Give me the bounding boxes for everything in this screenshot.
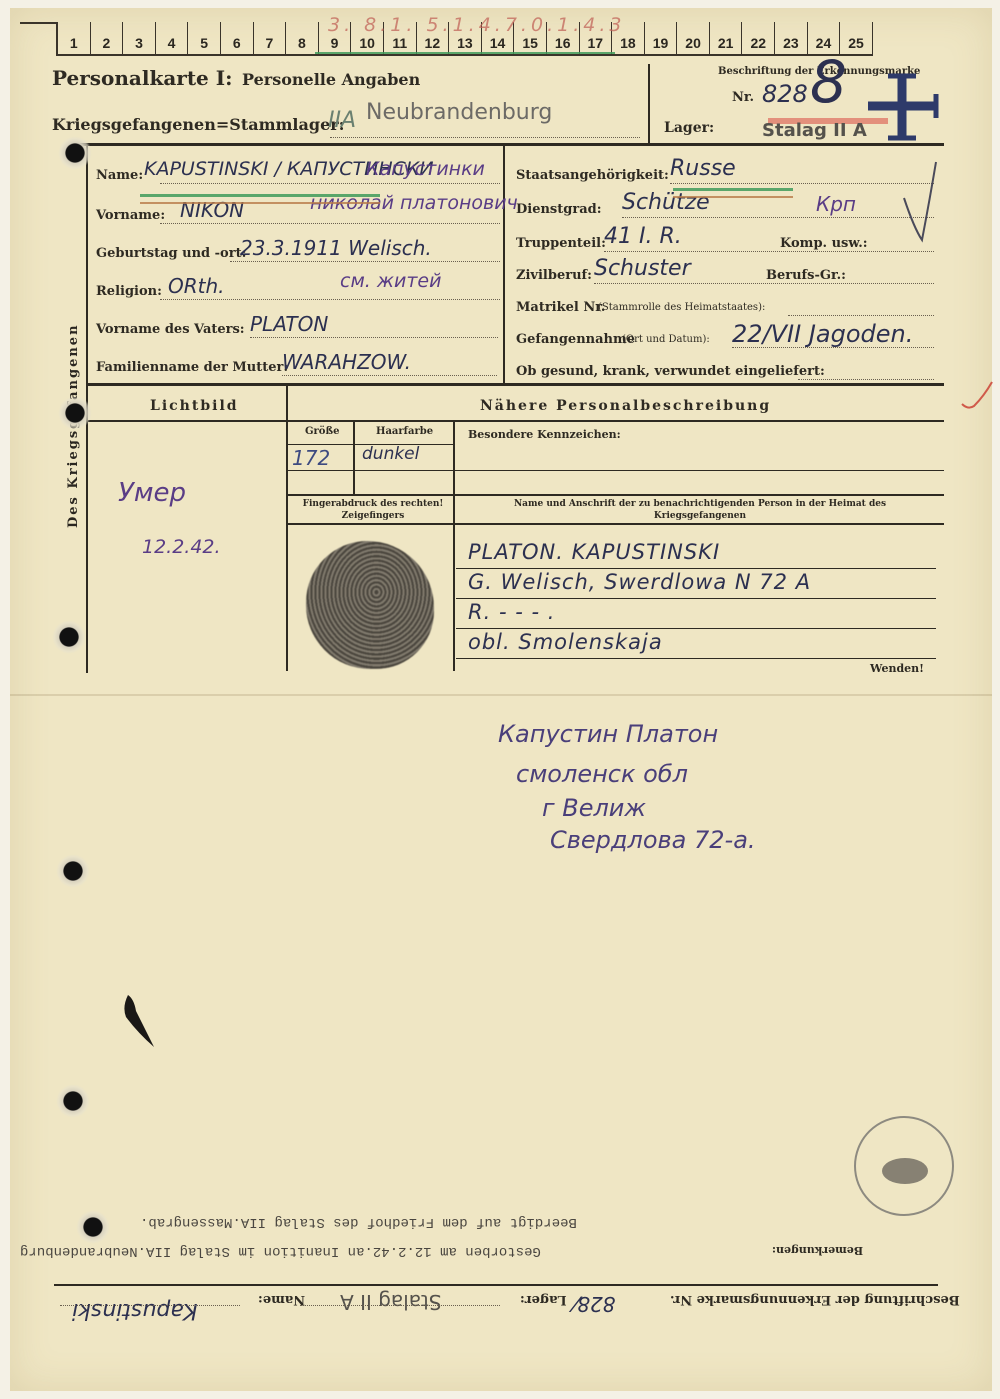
photo-header: Lichtbild <box>150 398 239 414</box>
field-line <box>622 216 934 218</box>
field-label: Dienstgrad: <box>516 202 602 217</box>
ruler-cell: 19 <box>645 22 678 54</box>
punch-hole <box>58 396 92 430</box>
note-line: г Велиж <box>542 794 646 822</box>
fingerprint-label: Fingerabdruck des rechten! Zeigefingers <box>298 498 448 522</box>
punch-hole <box>56 854 90 888</box>
remarks-label: Bemerkungen: <box>772 1244 863 1257</box>
field-label: Ob gesund, krank, verwundet eingeliefert… <box>516 364 825 379</box>
field-line <box>670 182 934 184</box>
note-line: Свердлова 72-а. <box>550 826 756 854</box>
footer-lager-label: Lager: <box>520 1292 567 1307</box>
field-line <box>160 298 500 300</box>
name-green-underline <box>140 194 380 197</box>
size-divider <box>353 420 355 495</box>
contact-rule <box>456 628 936 629</box>
header-divider <box>648 64 650 144</box>
card-title: Personalkarte I: <box>52 66 232 90</box>
fingerprint-rule <box>288 494 944 496</box>
tag-nr-overwrite: 8 <box>810 48 847 116</box>
contact-label: Name und Anschrift der zu benachrichtige… <box>510 498 890 522</box>
nationality-green-underline <box>673 188 793 191</box>
personal-card: 1234567891011121314151617181920212223242… <box>10 8 992 1391</box>
field-value: 23.3.1911 Welisch. <box>240 236 432 260</box>
field-line <box>282 374 497 376</box>
ink-blot-icon <box>118 993 158 1053</box>
ruler-cell: 3 <box>123 22 156 54</box>
stammlager-label: Kriegsgefangenen=Stammlager: <box>52 115 345 134</box>
footer-name-line <box>60 1304 240 1306</box>
field-label: Vorname des Vaters: <box>96 322 245 337</box>
field-annotation: Крп <box>816 192 856 216</box>
ruler-edge <box>20 22 56 58</box>
handwritten-serial-number: 3. 8.1. 5.1.4.7.0.1.4.3 <box>328 14 625 36</box>
remarks-line-2: Beerdigt auf dem Friedhof des Stalag IIA… <box>140 1214 577 1230</box>
contact-line: obl. Smolenskaja <box>468 630 663 654</box>
stammlager-line <box>330 136 640 138</box>
field-sublabel: (Ort und Datum): <box>622 334 710 345</box>
ruler-cell: 7 <box>254 22 287 54</box>
death-note: Умер <box>118 478 186 508</box>
field-label: Name: <box>96 168 143 183</box>
description-header: Nähere Personalbeschreibung <box>480 398 771 414</box>
contact-rule <box>288 523 944 525</box>
note-line: смоленск обл <box>516 760 688 788</box>
footer-rule <box>54 1284 938 1286</box>
punch-hole <box>58 136 92 170</box>
lager-label: Lager: <box>664 120 714 136</box>
description-divider <box>453 420 455 671</box>
tag-nr-value: 828 <box>762 80 808 108</box>
field-value: 41 I. R. <box>604 224 682 249</box>
field-value: ORth. <box>168 274 225 298</box>
tag-nr-label: Nr. <box>732 90 754 105</box>
photo-divider <box>286 386 288 671</box>
red-tick-icon <box>958 376 998 416</box>
hair-value: dunkel <box>362 444 419 464</box>
ruler-cell: 22 <box>742 22 775 54</box>
ruler-cell: 8 <box>286 22 319 54</box>
field-label: Truppenteil: <box>516 236 606 251</box>
field-label: Matrikel Nr. <box>516 300 605 315</box>
field-line <box>732 346 934 348</box>
field-label: Religion: <box>96 284 162 299</box>
name-orange-underline <box>140 202 380 204</box>
section-rule <box>86 383 944 386</box>
contact-line: G. Welisch, Swerdlowa N 72 A <box>468 570 811 594</box>
field-value: Schuster <box>594 256 691 281</box>
field-divider <box>503 143 505 383</box>
field-value: Russe <box>670 156 736 181</box>
field-label: Familienname der Mutter: <box>96 360 288 375</box>
contact-line: R. - - - . <box>468 600 555 624</box>
contact-rule <box>456 598 936 599</box>
field-label: Vorname: <box>96 208 165 223</box>
field-line <box>788 314 934 316</box>
field-label: Staatsangehörigkeit: <box>516 168 669 183</box>
footer-name-label: Name: <box>258 1292 305 1307</box>
punch-hole <box>56 1084 90 1118</box>
nationality-orange-underline <box>673 196 793 198</box>
field-label: Geburtstag und -ort: <box>96 246 246 261</box>
check-mark-icon <box>900 158 940 248</box>
lager-stamp: Stalag II A <box>762 120 867 141</box>
stammlager-handwritten: IIA <box>328 108 356 133</box>
field-label: Komp. usw.: <box>780 236 868 251</box>
field-line <box>230 260 500 262</box>
ruler-cell: 1 <box>58 22 91 54</box>
ruler-cell: 20 <box>677 22 710 54</box>
remarks-line-1: Gestorben am 12.2.42.an Inanition im Sta… <box>20 1243 541 1259</box>
footer-name-value: Kapustinski <box>72 1298 198 1323</box>
punch-hole <box>76 1210 110 1244</box>
contact-rule <box>456 658 936 659</box>
ruler-cell: 2 <box>91 22 124 54</box>
field-label: Berufs-Gr.: <box>766 268 846 283</box>
field-value: PLATON <box>250 312 328 336</box>
ruler-cell: 23 <box>775 22 808 54</box>
ruler-cell: 21 <box>710 22 743 54</box>
note-line: Капустин Платон <box>498 720 718 748</box>
ruler-cell: 4 <box>156 22 189 54</box>
ruler-cell: 6 <box>221 22 254 54</box>
footer-lager-value: Stalag II A <box>340 1290 442 1314</box>
table-header-rule <box>86 420 944 422</box>
height-value: 172 <box>292 446 330 470</box>
field-line <box>250 336 498 338</box>
field-line <box>594 282 934 284</box>
field-line <box>798 378 934 380</box>
punch-hole <box>52 620 86 654</box>
height-label: Größe <box>305 426 339 437</box>
marks-rule <box>288 470 944 471</box>
field-annotation: Капустинки <box>366 158 485 180</box>
turn-over-label: Wenden! <box>870 662 924 675</box>
marks-label: Besondere Kennzeichen: <box>468 428 621 441</box>
footer-tag-label: Beschriftung der Erkennungsmarke Nr. <box>670 1292 960 1307</box>
field-line <box>160 182 500 184</box>
footer-tag-value: 828⁄ <box>574 1292 616 1316</box>
stammlager-stamp: Neubrandenburg <box>366 100 552 125</box>
header-rule <box>78 143 944 146</box>
field-annotation: см. житей <box>340 270 441 292</box>
round-stamp <box>854 1116 954 1216</box>
ruler-cell: 5 <box>188 22 221 54</box>
field-line <box>160 222 500 224</box>
fingerprint-image <box>306 541 434 669</box>
death-date: 12.2.42. <box>142 536 221 558</box>
field-value: WARAHZOW. <box>282 350 411 374</box>
card-subtitle: Personelle Angaben <box>242 70 420 89</box>
contact-line: PLATON. KAPUSTINSKI <box>468 540 720 564</box>
field-label: Gefangennahme <box>516 332 635 347</box>
contact-rule <box>456 568 936 569</box>
field-value: Schütze <box>622 190 710 215</box>
footer-lager-line <box>300 1304 500 1306</box>
green-underline <box>315 52 615 54</box>
hair-label: Haarfarbe <box>376 426 433 437</box>
field-sublabel: (Stammrolle des Heimatstaates): <box>598 302 765 313</box>
field-line <box>604 250 934 252</box>
iron-cross-stamp-icon <box>862 72 942 142</box>
field-value: 22/VII Jagoden. <box>732 320 913 348</box>
field-label: Zivilberuf: <box>516 268 592 283</box>
